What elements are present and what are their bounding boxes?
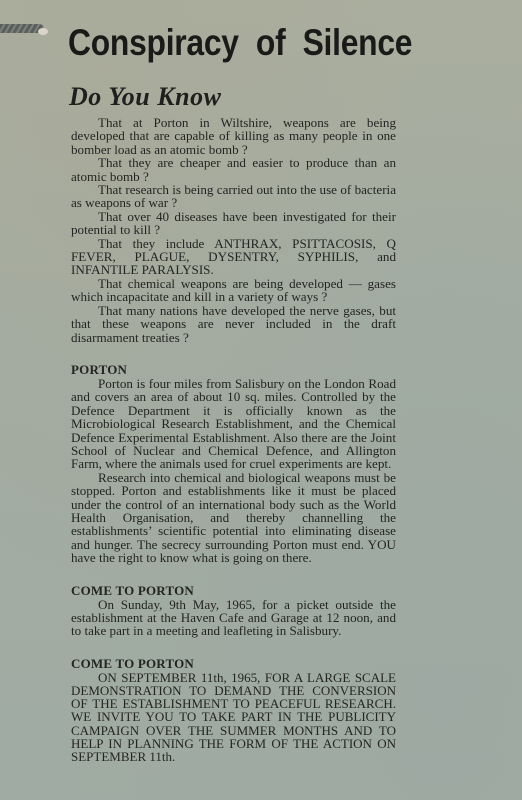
section-porton: PORTON Porton is four miles from Salisbu… <box>71 363 396 565</box>
intro-paragraph: That chemical weapons are being develope… <box>71 277 396 304</box>
leaflet-title: Conspiracy of Silence <box>68 22 412 64</box>
section-paragraph: Porton is four miles from Salisbury on t… <box>71 377 396 471</box>
intro-paragraph: That at Porton in Wiltshire, weapons are… <box>71 116 396 156</box>
section-heading: PORTON <box>71 363 396 377</box>
section-paragraph: ON SEPTEMBER 11th, 1965, FOR A LARGE SCA… <box>71 671 396 763</box>
leaflet-subtitle: Do You Know <box>69 82 221 112</box>
section-heading: COME TO PORTON <box>71 657 396 671</box>
section-come-to-porton-may: COME TO PORTON On Sunday, 9th May, 1965,… <box>71 584 396 638</box>
section-heading: COME TO PORTON <box>71 584 396 598</box>
intro-paragraph: That they are cheaper and easier to prod… <box>71 156 396 183</box>
intro-paragraph: That research is being carried out into … <box>71 183 396 210</box>
section-paragraph: On Sunday, 9th May, 1965, for a picket o… <box>71 598 396 638</box>
binding-string-tip <box>38 28 48 35</box>
intro-paragraph: That many nations have developed the ner… <box>71 304 396 344</box>
leaflet-body: That at Porton in Wiltshire, weapons are… <box>71 116 396 763</box>
intro-questions: That at Porton in Wiltshire, weapons are… <box>71 116 396 344</box>
section-come-to-porton-september: COME TO PORTON ON SEPTEMBER 11th, 1965, … <box>71 657 396 763</box>
intro-paragraph: That over 40 diseases have been investig… <box>71 210 396 237</box>
intro-paragraph: That they include ANTHRAX, PSITTACOSIS, … <box>71 237 396 277</box>
section-paragraph: Research into chemical and biological we… <box>71 471 396 565</box>
